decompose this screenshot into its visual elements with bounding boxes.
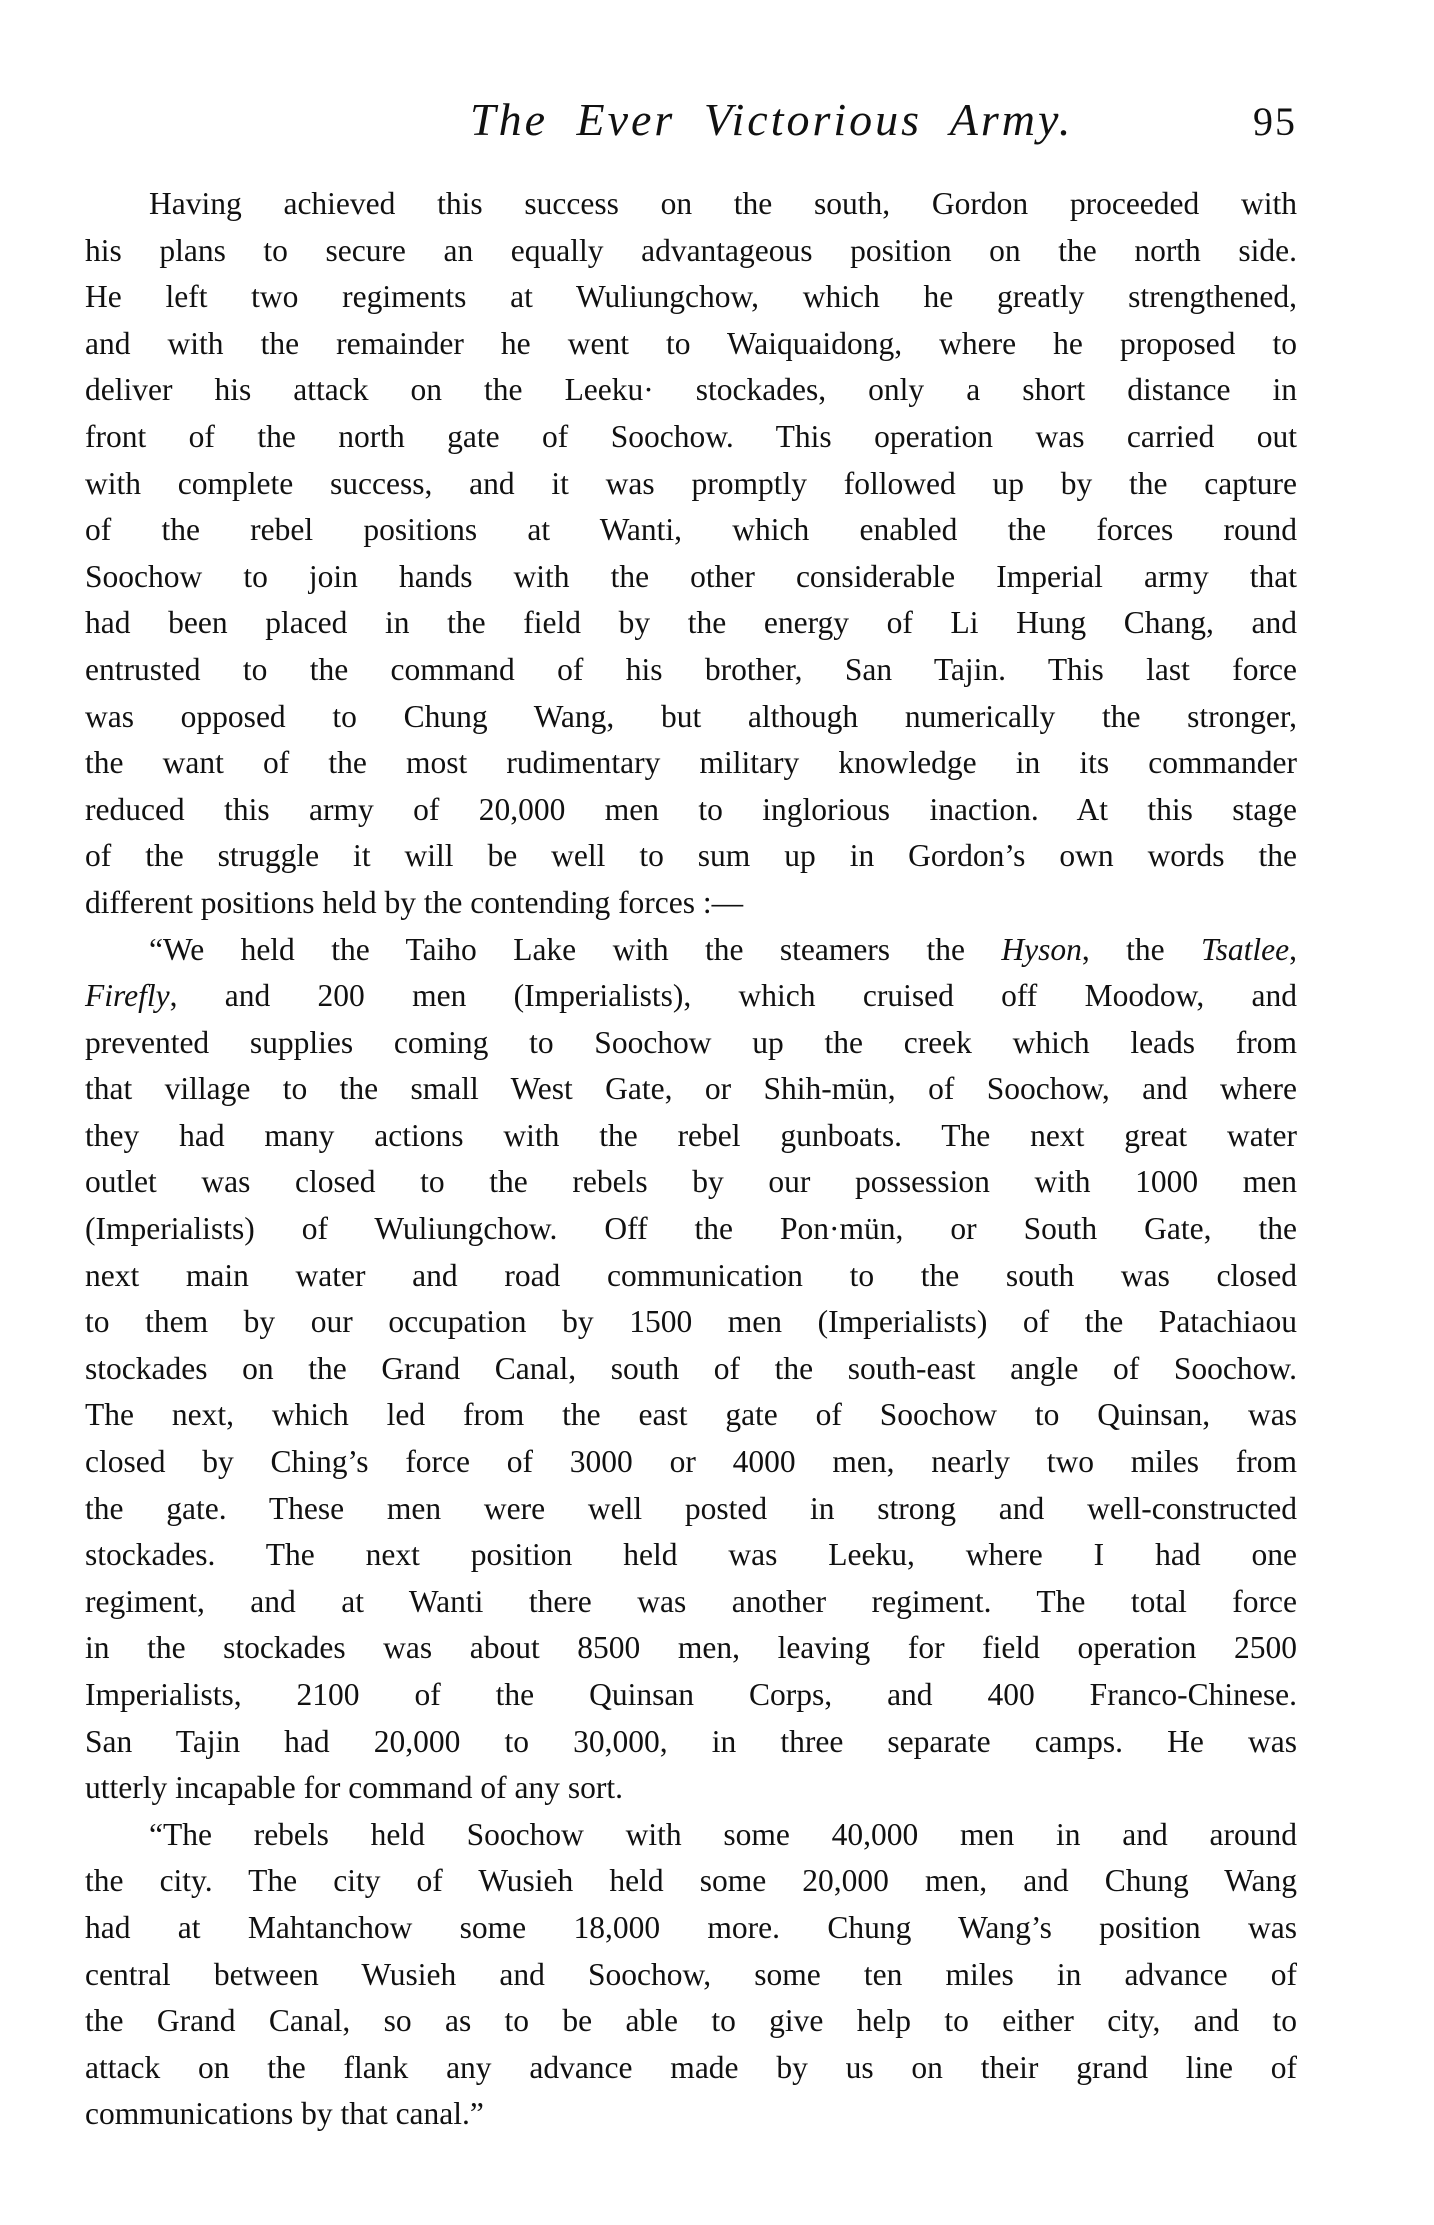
text-segment: in the stockades was about 8500 men, lea… bbox=[85, 1630, 1297, 1665]
text-line: of the struggle it will be well to sum u… bbox=[85, 833, 1297, 880]
text-segment: stockades. The next position held was Le… bbox=[85, 1537, 1297, 1572]
text-line: front of the north gate of Soochow. This… bbox=[85, 414, 1297, 461]
text-segment: utterly incapable for command of any sor… bbox=[85, 1770, 623, 1805]
text-segment: deliver his attack on the Leeku· stockad… bbox=[85, 372, 1297, 407]
text-segment: front of the north gate of Soochow. This… bbox=[85, 419, 1297, 454]
italic-ship-name: Tsatlee bbox=[1201, 932, 1289, 967]
text-segment: “The rebels held Soochow with some 40,00… bbox=[149, 1817, 1297, 1852]
paragraph: “We held the Taiho Lake with the steamer… bbox=[85, 927, 1297, 1812]
text-segment: attack on the flank any advance made by … bbox=[85, 2050, 1297, 2085]
text-segment: the city. The city of Wusieh held some 2… bbox=[85, 1863, 1297, 1898]
text-segment: regiment, and at Wanti there was another… bbox=[85, 1584, 1297, 1619]
text-segment: Soochow to join hands with the other con… bbox=[85, 559, 1297, 594]
text-line: (Imperialists) of Wuliungchow. Off the P… bbox=[85, 1206, 1297, 1253]
running-head: The Ever Victorious Army. 95 bbox=[85, 92, 1297, 148]
text-line: to them by our occupation by 1500 men (I… bbox=[85, 1299, 1297, 1346]
text-segment: , the bbox=[1082, 932, 1201, 967]
text-line: attack on the flank any advance made by … bbox=[85, 2045, 1297, 2092]
text-line: that village to the small West Gate, or … bbox=[85, 1066, 1297, 1113]
text-segment: had at Mahtanchow some 18,000 more. Chun… bbox=[85, 1910, 1297, 1945]
text-line: stockades. The next position held was Le… bbox=[85, 1532, 1297, 1579]
text-line: the want of the most rudimentary militar… bbox=[85, 740, 1297, 787]
text-line: “We held the Taiho Lake with the steamer… bbox=[85, 927, 1297, 974]
text-segment: had been placed in the field by the ener… bbox=[85, 605, 1297, 640]
text-segment: the Grand Canal, so as to be able to giv… bbox=[85, 2003, 1297, 2038]
italic-ship-name: Firefly bbox=[85, 978, 170, 1013]
text-line: stockades on the Grand Canal, south of t… bbox=[85, 1346, 1297, 1393]
text-line: next main water and road communication t… bbox=[85, 1253, 1297, 1300]
text-segment: “We held the Taiho Lake with the steamer… bbox=[149, 932, 1001, 967]
italic-ship-name: Hyson bbox=[1001, 932, 1082, 967]
text-line: entrusted to the command of his brother,… bbox=[85, 647, 1297, 694]
text-line: outlet was closed to the rebels by our p… bbox=[85, 1159, 1297, 1206]
text-segment: that village to the small West Gate, or … bbox=[85, 1071, 1297, 1106]
paragraph: “The rebels held Soochow with some 40,00… bbox=[85, 1812, 1297, 2138]
running-head-title: The Ever Victorious Army. bbox=[470, 92, 1073, 148]
text-line: in the stockades was about 8500 men, lea… bbox=[85, 1625, 1297, 1672]
text-segment: the want of the most rudimentary militar… bbox=[85, 745, 1297, 780]
text-line: had been placed in the field by the ener… bbox=[85, 600, 1297, 647]
text-line: “The rebels held Soochow with some 40,00… bbox=[85, 1812, 1297, 1859]
text-segment: The next, which led from the east gate o… bbox=[85, 1397, 1297, 1432]
text-line: the gate. These men were well posted in … bbox=[85, 1486, 1297, 1533]
text-line: utterly incapable for command of any sor… bbox=[85, 1765, 1297, 1812]
text-line: Imperialists, 2100 of the Quinsan Corps,… bbox=[85, 1672, 1297, 1719]
text-segment: to them by our occupation by 1500 men (I… bbox=[85, 1304, 1297, 1339]
text-line: central between Wusieh and Soochow, some… bbox=[85, 1952, 1297, 1999]
text-segment: the gate. These men were well posted in … bbox=[85, 1491, 1297, 1526]
text-segment: stockades on the Grand Canal, south of t… bbox=[85, 1351, 1297, 1386]
text-segment: of the struggle it will be well to sum u… bbox=[85, 838, 1297, 873]
text-line: they had many actions with the rebel gun… bbox=[85, 1113, 1297, 1160]
text-line: communications by that canal.” bbox=[85, 2091, 1297, 2138]
text-line: Soochow to join hands with the other con… bbox=[85, 554, 1297, 601]
text-line: of the rebel positions at Wanti, which e… bbox=[85, 507, 1297, 554]
text-segment: (Imperialists) of Wuliungchow. Off the P… bbox=[85, 1211, 1297, 1246]
text-segment: , and 200 men (Imperialists), which crui… bbox=[170, 978, 1297, 1013]
text-segment: his plans to secure an equally advantage… bbox=[85, 233, 1297, 268]
text-segment: next main water and road communication t… bbox=[85, 1258, 1297, 1293]
text-segment: and with the remainder he went to Waiqua… bbox=[85, 326, 1297, 361]
text-line: with complete success, and it was prompt… bbox=[85, 461, 1297, 508]
text-segment: San Tajin had 20,000 to 30,000, in three… bbox=[85, 1724, 1297, 1759]
text-segment: was opposed to Chung Wang, but although … bbox=[85, 699, 1297, 734]
text-segment: , bbox=[1289, 932, 1297, 967]
page-number: 95 bbox=[1253, 94, 1297, 150]
text-segment: prevented supplies coming to Soochow up … bbox=[85, 1025, 1297, 1060]
text-line: San Tajin had 20,000 to 30,000, in three… bbox=[85, 1719, 1297, 1766]
text-line: prevented supplies coming to Soochow up … bbox=[85, 1020, 1297, 1067]
text-segment: reduced this army of 20,000 men to inglo… bbox=[85, 792, 1297, 827]
text-line: Having achieved this success on the sout… bbox=[85, 181, 1297, 228]
text-line: was opposed to Chung Wang, but although … bbox=[85, 694, 1297, 741]
book-page: The Ever Victorious Army. 95 Having achi… bbox=[0, 0, 1434, 2225]
text-line: The next, which led from the east gate o… bbox=[85, 1392, 1297, 1439]
text-line: the Grand Canal, so as to be able to giv… bbox=[85, 1998, 1297, 2045]
text-segment: outlet was closed to the rebels by our p… bbox=[85, 1164, 1297, 1199]
text-segment: different positions held by the contendi… bbox=[85, 885, 743, 920]
text-line: reduced this army of 20,000 men to inglo… bbox=[85, 787, 1297, 834]
text-line: deliver his attack on the Leeku· stockad… bbox=[85, 367, 1297, 414]
text-segment: central between Wusieh and Soochow, some… bbox=[85, 1957, 1297, 1992]
text-segment: with complete success, and it was prompt… bbox=[85, 466, 1297, 501]
text-segment: He left two regiments at Wuliungchow, wh… bbox=[85, 279, 1297, 314]
text-segment: of the rebel positions at Wanti, which e… bbox=[85, 512, 1297, 547]
text-segment: communications by that canal.” bbox=[85, 2096, 484, 2131]
text-line: different positions held by the contendi… bbox=[85, 880, 1297, 927]
text-segment: entrusted to the command of his brother,… bbox=[85, 652, 1297, 687]
text-line: closed by Ching’s force of 3000 or 4000 … bbox=[85, 1439, 1297, 1486]
text-segment: they had many actions with the rebel gun… bbox=[85, 1118, 1297, 1153]
text-segment: Imperialists, 2100 of the Quinsan Corps,… bbox=[85, 1677, 1297, 1712]
text-line: Firefly, and 200 men (Imperialists), whi… bbox=[85, 973, 1297, 1020]
text-line: He left two regiments at Wuliungchow, wh… bbox=[85, 274, 1297, 321]
text-line: and with the remainder he went to Waiqua… bbox=[85, 321, 1297, 368]
paragraph: Having achieved this success on the sout… bbox=[85, 181, 1297, 927]
text-line: the city. The city of Wusieh held some 2… bbox=[85, 1858, 1297, 1905]
text-segment: closed by Ching’s force of 3000 or 4000 … bbox=[85, 1444, 1297, 1479]
text-segment: Having achieved this success on the sout… bbox=[149, 186, 1297, 221]
body-text: Having achieved this success on the sout… bbox=[85, 181, 1297, 2138]
text-line: regiment, and at Wanti there was another… bbox=[85, 1579, 1297, 1626]
text-line: his plans to secure an equally advantage… bbox=[85, 228, 1297, 275]
text-line: had at Mahtanchow some 18,000 more. Chun… bbox=[85, 1905, 1297, 1952]
